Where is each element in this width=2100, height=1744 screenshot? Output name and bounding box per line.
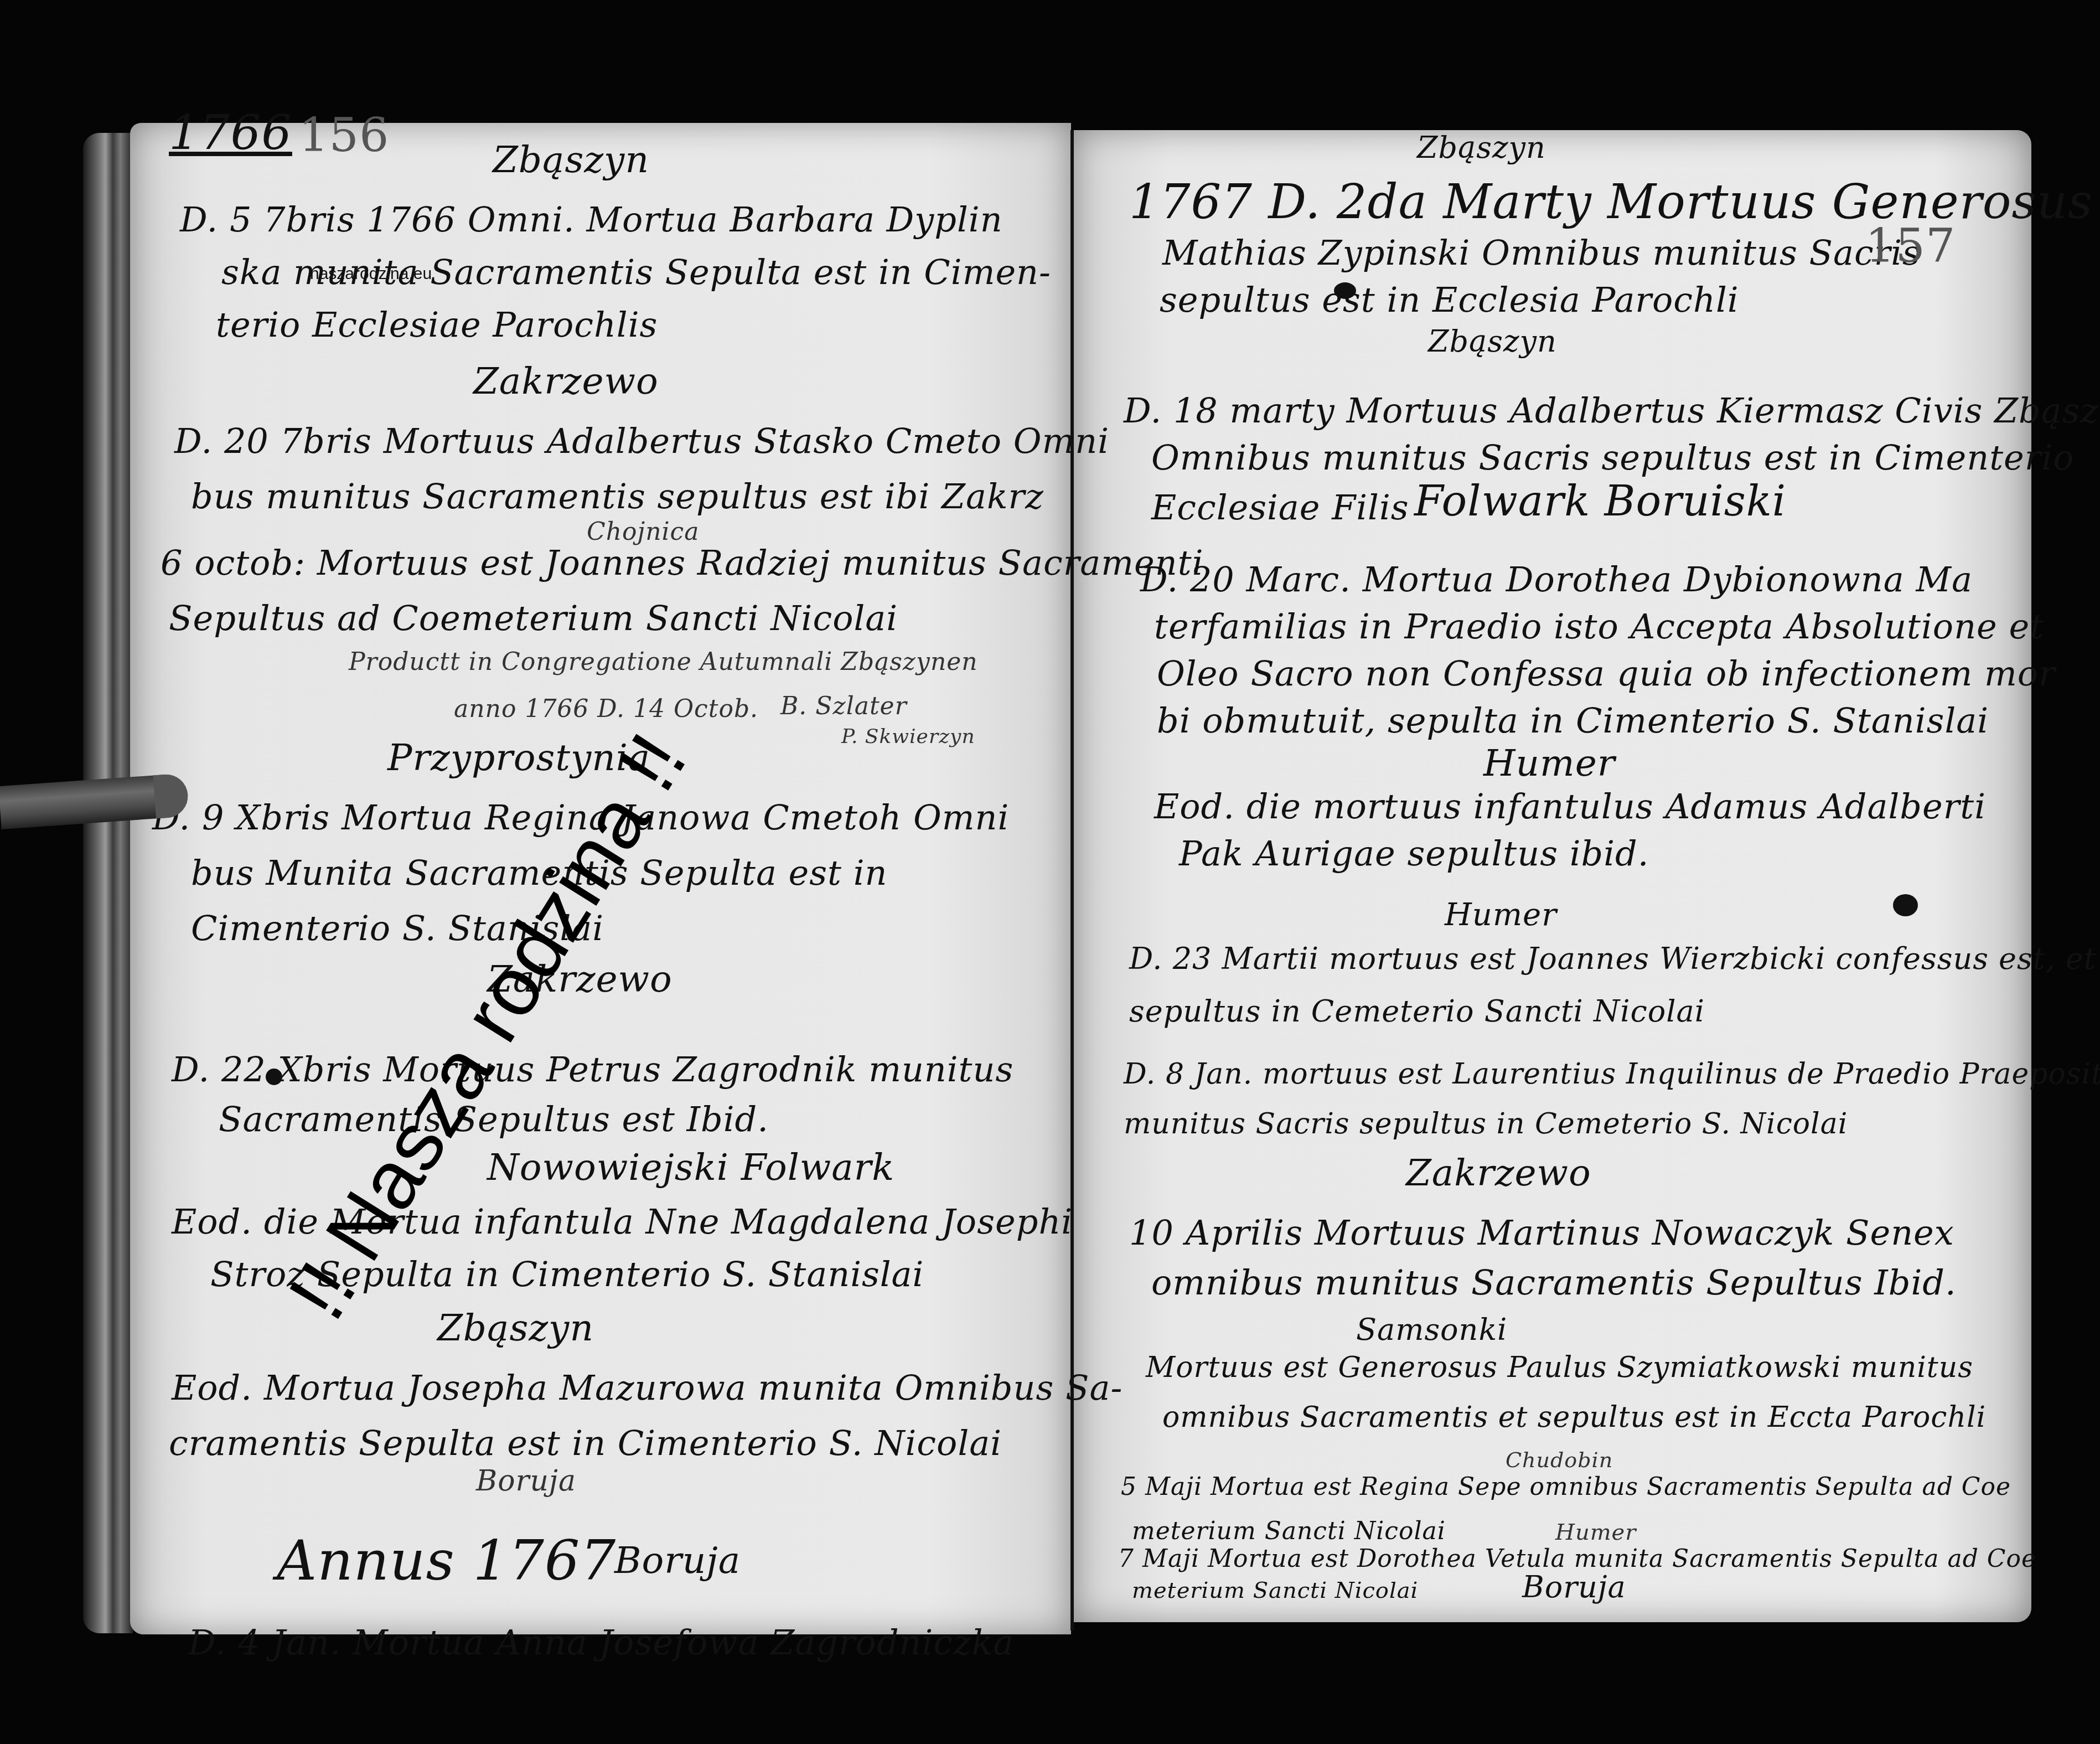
ink-blot [1334,282,1356,299]
register-line: cramentis Sepulta est in Cimenterio S. N… [169,1423,1002,1463]
annotation: Chudobin [1506,1448,1613,1472]
place-heading: Humer [1483,742,1615,785]
register-line: Eod. Mortua Josepha Mazurowa munita Omni… [172,1368,1123,1408]
signature: P. Skwierzyn [841,725,975,748]
visitation-note: Productt in Congregatione Autumnali Zbąs… [349,648,978,676]
register-line: omnibus munitus Sacramentis Sepultus Ibi… [1151,1262,1957,1303]
register-line: Mortuus est Generosus Paulus Szymiatkows… [1146,1351,1973,1384]
year-heading-1767: Annus 1767 [277,1528,616,1593]
place-heading: Samsonki [1356,1312,1507,1347]
register-line: Eod. die mortuus infantulus Adamus Adalb… [1154,786,1986,827]
signature: B. Szlater [780,692,907,720]
register-line: munitus Sacris sepultus in Cemeterio S. … [1124,1107,1848,1141]
place-heading: Boruja [1522,1570,1626,1604]
register-line: terio Ecclesiae Parochlis [216,305,658,345]
place-heading: Zakrzewo [1406,1152,1591,1194]
register-line: Ecclesiae Filis [1151,487,1409,528]
place-heading: Boruja [614,1539,741,1582]
annotation: Humer [1555,1520,1636,1545]
register-line: sepultus est in Ecclesia Parochli [1160,280,1739,320]
register-line: D. 20 Marc. Mortua Dorothea Dybionowna M… [1140,559,1973,600]
place-heading: Zakrzewo [473,360,659,403]
register-line: meterium Sancti Nicolai [1132,1578,1418,1603]
register-line: D. 22 Xbris Mortuus Petrus Zagrodnik mun… [172,1049,1013,1090]
ink-blot [1893,894,1918,916]
place-heading: Folwark Boruiski [1414,476,1786,525]
place-heading: Zbąszyn [1417,130,1546,165]
place-heading: Zbąszyn [1428,324,1557,359]
register-line: Omnibus munitus Sacris sepultus est in C… [1151,437,2075,478]
watermark-small: naszarodzina.eu [310,265,432,283]
register-line: D. 5 7bris 1766 Omni. Mortua Barbara Dyp… [180,199,1003,240]
register-line: 10 Aprilis Mortuus Martinus Nowaczyk Sen… [1129,1212,1954,1253]
register-line: D. 23 Martii mortuus est Joannes Wierzbi… [1129,941,2096,976]
place-heading: Zbąszyn [437,1307,594,1349]
register-line: bus munitus Sacramentis sepultus est ibi… [191,476,1044,517]
year-heading: 1766 [169,105,292,161]
place-heading: Humer [1445,897,1557,933]
page-number-left: 156 [299,108,389,162]
register-line: D. 8 Jan. mortuus est Laurentius Inquili… [1124,1057,2100,1091]
register-line: bi obmutuit, sepulta in Cimenterio S. St… [1157,700,1989,741]
register-line: terfamilias in Praedio isto Accepta Abso… [1154,606,2044,647]
register-line: omnibus Sacramentis et sepultus est in E… [1162,1401,1986,1434]
register-line: D. 20 7bris Mortuus Adalbertus Stasko Cm… [174,421,1109,461]
register-line: Oleo Sacro non Confessa quia ob infectio… [1157,653,2056,694]
visitation-note: anno 1766 D. 14 Octob. [454,695,758,723]
register-line: sepultus in Cemeterio Sancti Nicolai [1129,994,1705,1029]
place-heading: Zbąszyn [493,138,649,181]
register-line: D. 18 marty Mortuus Adalbertus Kiermasz … [1124,390,2100,431]
register-line: Sepultus ad Coemeterium Sancti Nicolai [169,598,898,638]
place-heading: Nowowiejski Folwark [487,1146,894,1189]
register-line: Pak Aurigae sepultus ibid. [1179,833,1649,874]
place-heading: Boruja [476,1464,576,1498]
page-number-right: 157 [1865,219,1956,273]
annotation: Chojnica [587,518,699,546]
register-line: 6 octob: Mortuus est Joannes Radziej mun… [161,543,1203,583]
register-line: D. 4 Jan. Mortua Anna Josefowa Zagrodnic… [188,1622,1014,1663]
book-binding-edge [83,133,133,1633]
register-line: 5 Maji Mortua est Regina Sepe omnibus Sa… [1121,1473,2011,1501]
register-line: Mathias Zypinski Omnibus munitus Sacris [1162,233,1921,273]
ink-blot [266,1069,282,1085]
register-line: 7 Maji Mortua est Dorothea Vetula munita… [1118,1545,2036,1573]
register-line: meterium Sancti Nicolai [1132,1517,1446,1545]
